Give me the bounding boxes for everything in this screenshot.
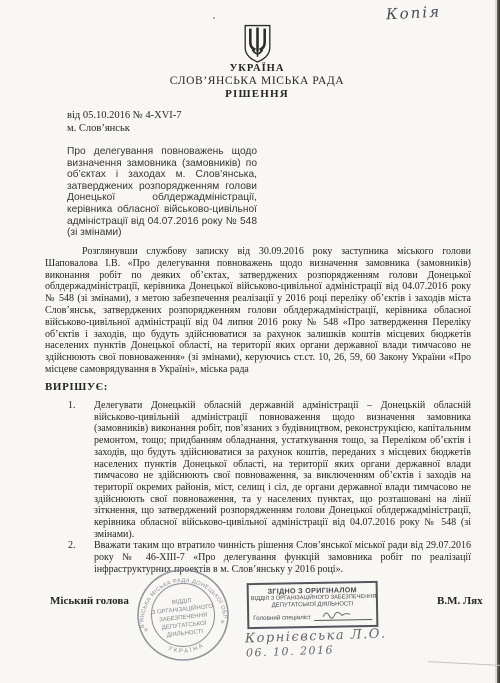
item-number: 2. bbox=[68, 540, 94, 552]
signature-line bbox=[314, 610, 372, 620]
item-number: 1. bbox=[68, 400, 94, 412]
scan-bottom-mark bbox=[428, 661, 500, 666]
resolution-items: 1. Делегувати Донецькій обласній державн… bbox=[68, 400, 471, 576]
copy-annotation-handwriting: Копія bbox=[386, 3, 442, 24]
stamp-separator-left: ✳ bbox=[143, 627, 149, 634]
round-official-stamp: СЛОВ’ЯНСЬКА МІСЬКА РАДА ДОНЕЦЬКОЇ ОБЛАСТ… bbox=[131, 563, 234, 666]
scan-speck bbox=[213, 17, 215, 19]
certification-stamp-role-row: Головний спеціаліст bbox=[251, 610, 374, 621]
signer-title: Міський голова bbox=[50, 595, 129, 607]
decision-date-number: від 05.10.2016 № 4-XVI-7 bbox=[67, 110, 182, 123]
stamp-center-line: ДІЯЛЬНОСТІ bbox=[167, 629, 204, 639]
preamble-paragraph: Розглянувши службову записку від 30.09.2… bbox=[45, 246, 471, 376]
item-text: Делегувати Донецькій обласній державній … bbox=[94, 400, 471, 540]
resolution-item-1: 1. Делегувати Донецькій обласній державн… bbox=[68, 400, 471, 540]
certification-stamp: ЗГІДНО З ОРИГІНАЛОМ ВІДДІЛ З ОРГАНІЗАЦІЙ… bbox=[247, 581, 379, 629]
subject-paragraph: Про делегування повноважень щодо визначе… bbox=[67, 146, 257, 239]
ukraine-trident-emblem bbox=[242, 24, 273, 64]
stamp-ring-bottom-text: УКРАЇНА bbox=[167, 642, 207, 657]
specialist-signature bbox=[322, 609, 352, 620]
stamp-separator-right: ✳ bbox=[220, 619, 226, 626]
resolution-item-2: 2. Вважати таким що втратило чинність рі… bbox=[68, 540, 471, 575]
header-country: УКРАЇНА bbox=[57, 63, 457, 74]
signer-name: В.М. Лях bbox=[437, 595, 483, 607]
certification-date-handwriting: 06. 10. 2016 bbox=[246, 643, 334, 659]
svg-text:УКРАЇНА: УКРАЇНА bbox=[167, 642, 207, 657]
specialist-role-label: Головний спеціаліст bbox=[253, 614, 311, 622]
reference-block: від 05.10.2016 № 4-XVI-7 м. Слов’янськ bbox=[67, 110, 182, 135]
scanned-decision-document: Копія УКРАЇНА СЛОВ’ЯНСЬКА МІСЬКА РАДА РІ… bbox=[0, 0, 500, 683]
stamp-center-line: ВІДДІЛ bbox=[172, 598, 192, 606]
header-council-name: СЛОВ’ЯНСЬКА МІСЬКА РАДА bbox=[57, 75, 457, 87]
resolution-heading: ВИРІШУЄ: bbox=[45, 381, 108, 393]
decision-city: м. Слов’янськ bbox=[67, 123, 182, 136]
header-document-type: РІШЕННЯ bbox=[57, 88, 457, 100]
